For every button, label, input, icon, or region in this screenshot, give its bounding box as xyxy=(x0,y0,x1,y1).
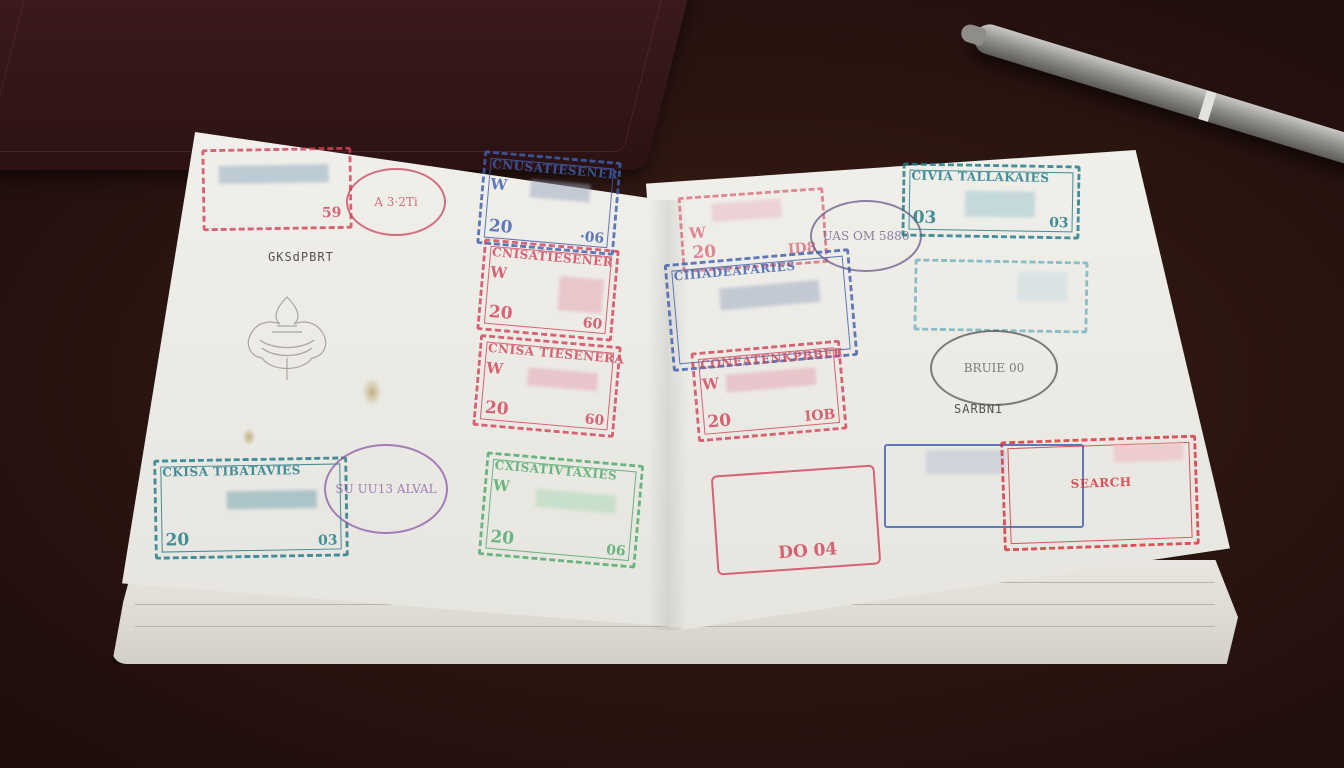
stamp-code: 59 xyxy=(322,205,342,221)
stamp-red-2: CNISATIESENER W 20 60 xyxy=(476,238,620,342)
stamp-code: 06 xyxy=(605,542,626,560)
redacted-block xyxy=(926,450,1006,474)
stamp-red-5: DO 04 xyxy=(711,464,882,575)
pen-band xyxy=(1198,90,1216,122)
stamp-date: 03 xyxy=(913,209,937,229)
desk-scene: 59 A 3·2Ti CNUSATIESENER W 20 ·06 GKSdPB… xyxy=(0,0,1344,768)
pen-tip xyxy=(959,22,987,46)
stamp-w: W xyxy=(689,217,818,243)
stamp-red-1: 59 xyxy=(201,147,352,232)
stamp-text: BRUIE 00 xyxy=(964,361,1025,375)
stamp-date: 20 xyxy=(488,217,513,239)
stamp-teal-2: CIVIA TALLAKAIES 03 03 xyxy=(901,162,1080,239)
stamp-text: A 3·2Ti xyxy=(374,195,417,209)
stamp-code: DO 04 xyxy=(778,541,838,565)
stamp-code: 03 xyxy=(318,532,338,548)
stamp-date: 20 xyxy=(489,528,514,550)
stamp-teal-1: CKISA TIBATAVIES 20 03 xyxy=(153,456,349,559)
smudge xyxy=(242,428,256,446)
leather-wallet xyxy=(0,0,695,170)
stamp-code: ·06 xyxy=(579,229,605,247)
redacted-block xyxy=(1113,442,1184,462)
stamp-text: UAS OM 5880 xyxy=(823,229,910,243)
stamp-code: 60 xyxy=(582,315,603,333)
redacted-block xyxy=(711,199,782,222)
redacted-block xyxy=(219,164,329,184)
redacted-block xyxy=(1017,271,1068,302)
stamp-red-4: CONEATENKPBBEE W 20 IOB xyxy=(690,340,847,443)
page-label: SARBNI xyxy=(954,402,1003,416)
stamp-gray-oval-2: BRUIE 00 xyxy=(930,330,1058,406)
stamp-text: SU UU13 ALVAL xyxy=(335,482,436,496)
stamp-purple-oval: SU UU13 ALVAL xyxy=(324,444,448,534)
stamp-date: 20 xyxy=(707,412,732,434)
stamp-code: 60 xyxy=(584,411,605,429)
stamp-red-6: SEARCH xyxy=(1000,435,1200,552)
pen xyxy=(971,21,1344,172)
stamp-title: CIVIA TALLAKAIES xyxy=(911,170,1071,187)
stamp-date: 20 xyxy=(165,532,189,552)
stamp-green-1: CXISATIVTAXIES W 20 06 xyxy=(478,451,644,568)
stamp-date: 20 xyxy=(488,303,513,325)
stamp-code: 03 xyxy=(1049,215,1069,231)
redacted-block xyxy=(557,276,604,314)
passport-label: GKSdPBRT xyxy=(268,250,334,264)
stamp-red-3: CNISA TIESENERA W 20 60 xyxy=(472,334,621,438)
stamp-code: IOB xyxy=(804,406,836,425)
stamp-teal-faded xyxy=(913,258,1088,333)
redacted-block xyxy=(965,191,1035,218)
smudge xyxy=(362,378,382,406)
stamp-red-oval: A 3·2Ti xyxy=(346,168,446,236)
stamp-date: 20 xyxy=(484,399,509,421)
redacted-block xyxy=(227,490,317,510)
coat-of-arms-emblem xyxy=(232,292,342,382)
